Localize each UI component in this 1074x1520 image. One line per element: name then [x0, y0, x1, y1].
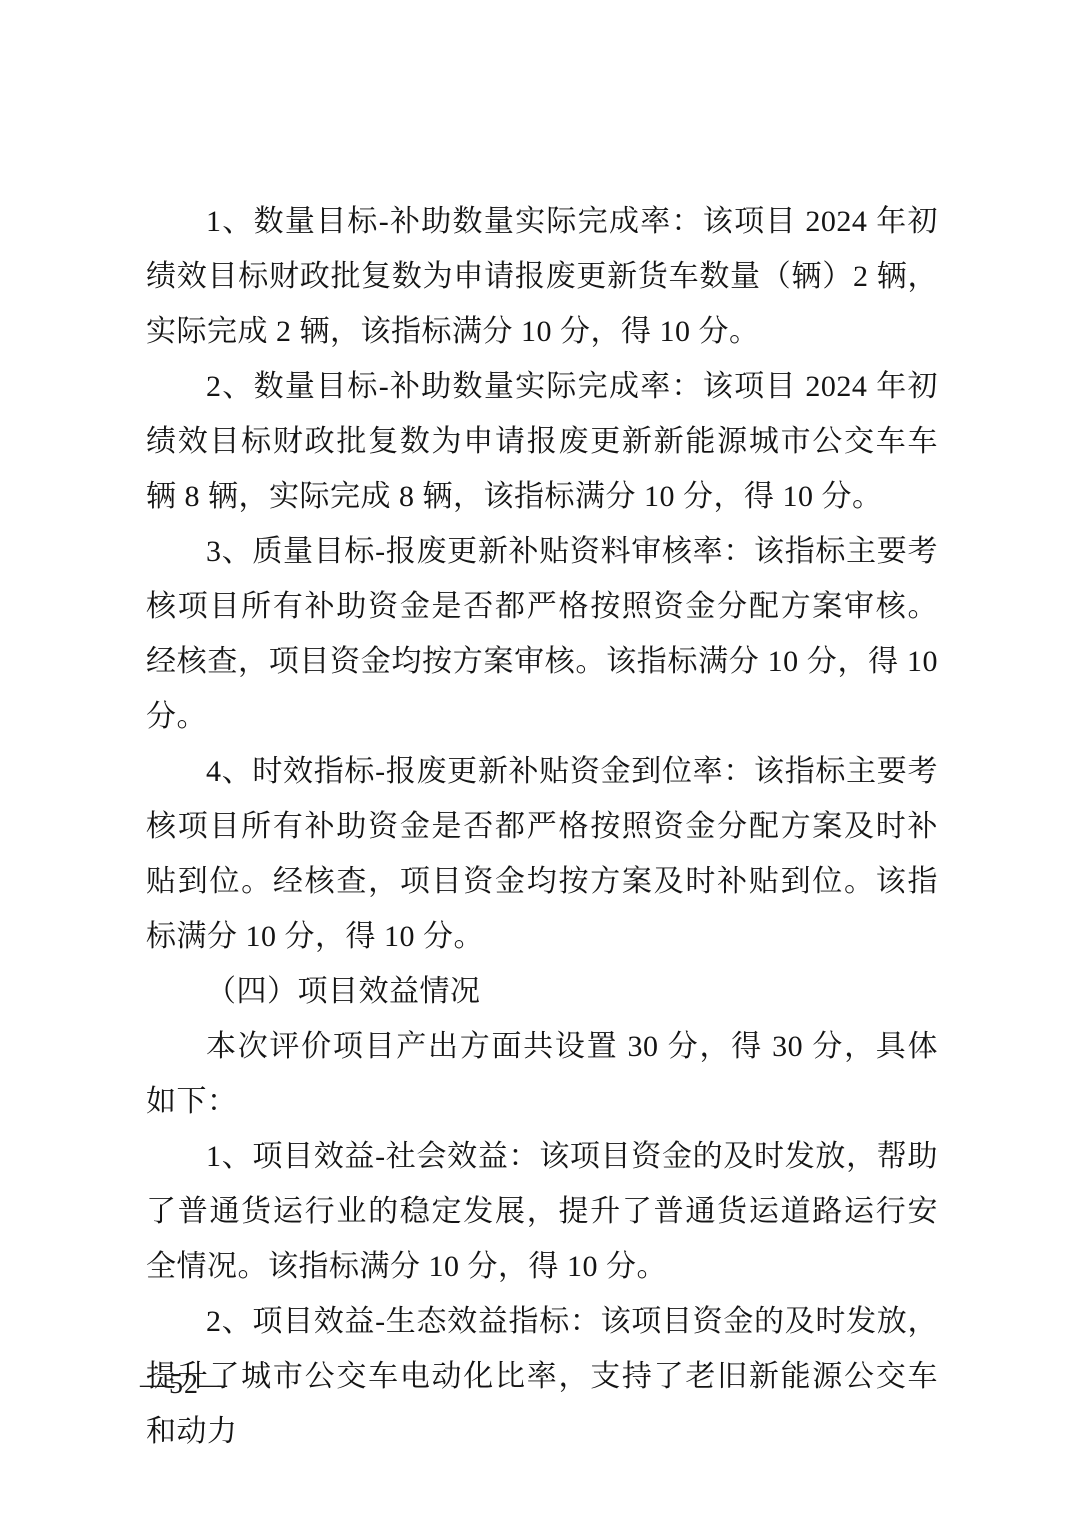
paragraph-social-benefit: 1、项目效益-社会效益：该项目资金的及时发放，帮助了普通货运行业的稳定发展，提升… [146, 1129, 938, 1294]
document-body: 1、数量目标-补助数量实际完成率：该项目 2024 年初绩效目标财政批复数为申请… [146, 194, 938, 1459]
section-heading-project-benefit: （四）项目效益情况 [146, 964, 938, 1019]
paragraph-quantity-target-truck-completion: 1、数量目标-补助数量实际完成率：该项目 2024 年初绩效目标财政批复数为申请… [146, 194, 938, 359]
paragraph-ecological-benefit: 2、项目效益-生态效益指标：该项目资金的及时发放，提升了城市公交车电动化比率，支… [146, 1294, 938, 1459]
paragraph-quantity-target-bus-completion: 2、数量目标-补助数量实际完成率：该项目 2024 年初绩效目标财政批复数为申请… [146, 359, 938, 524]
paragraph-quality-target-audit-rate: 3、质量目标-报废更新补贴资料审核率：该指标主要考核项目所有补助资金是否都严格按… [146, 524, 938, 744]
page-number: —52— [140, 1368, 228, 1402]
paragraph-output-score-summary: 本次评价项目产出方面共设置 30 分，得 30 分，具体如下： [146, 1019, 938, 1129]
paragraph-timeliness-fund-arrival-rate: 4、时效指标-报废更新补贴资金到位率：该指标主要考核项目所有补助资金是否都严格按… [146, 744, 938, 964]
document-page: 1、数量目标-补助数量实际完成率：该项目 2024 年初绩效目标财政批复数为申请… [0, 0, 1074, 1520]
